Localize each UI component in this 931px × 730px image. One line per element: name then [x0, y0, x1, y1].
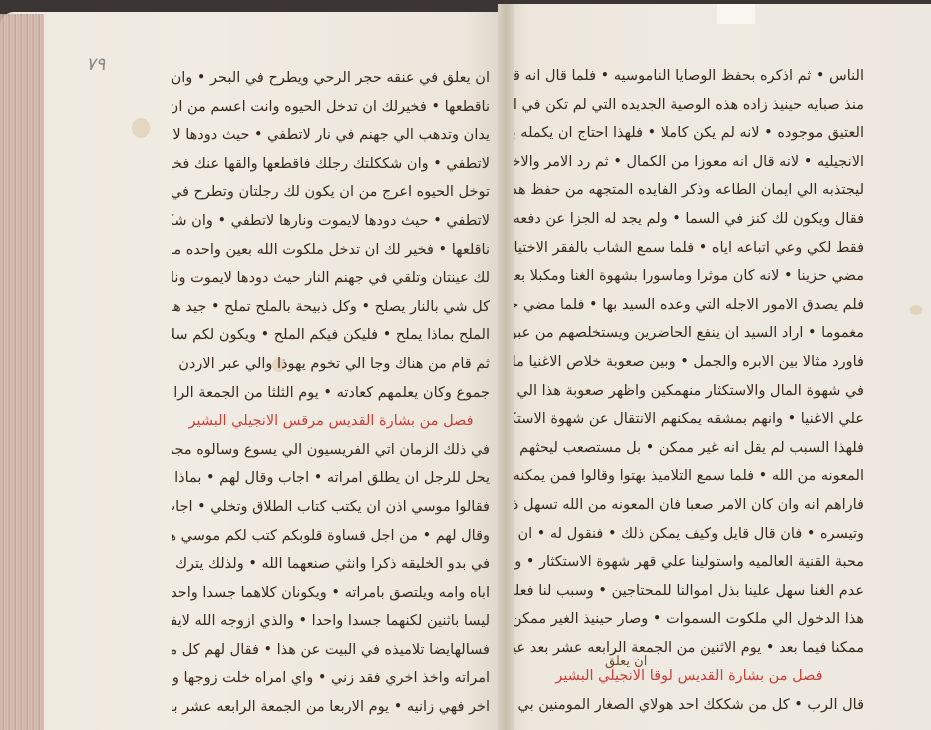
page-edges [0, 14, 44, 730]
right-page-text: الناس • ثم اذكره بحفظ الوصايا الناموسيه … [514, 62, 864, 720]
text-line: منذ صبايه حينيذ زاده هذه الوصية الجديده … [514, 91, 864, 120]
text-line: يحل للرجل ان يطلق امراته • اجاب وقال لهم… [172, 464, 490, 493]
text-line: في ذلك الزمان اتي الفريسيون الي يسوع وسا… [172, 436, 490, 465]
folio-number: ٧٩ [86, 54, 105, 75]
text-line: فقط لكي وعي اتباعه اياه • فلما سمع الشاب… [514, 234, 864, 263]
tape-strip [717, 4, 755, 24]
text-line: قال الرب • كل من شككك احد هولاي الصغار ا… [514, 691, 864, 720]
text-line: ناقلعها • فخير لك ان تدخل ملكوت الله بعي… [172, 236, 490, 265]
text-line: عدم الغنا سهل علينا بذل اموالنا للمحتاجي… [514, 577, 864, 606]
text-line: اباه وامه ويلتصق بامراته • ويكونان كلاهم… [172, 579, 490, 608]
text-line: العتيق موجوده • لانه لم يكن كاملا • فلهذ… [514, 119, 864, 148]
text-line: وقال لهم • من اجل قساوة قلوبكم كتب لكم م… [172, 522, 490, 551]
paper-stain [132, 118, 150, 138]
text-line: جموع وكان يعلمهم كعادته • يوم الثلثا من … [172, 379, 490, 408]
text-line: كل شي بالنار يصلح • وكل ذبيحة بالملح تمل… [172, 293, 490, 322]
book-gutter [498, 4, 514, 730]
rubric-heading: فصل من بشارة القديس مرقس الانجيلي البشير [172, 407, 490, 436]
text-line: ليسا باثنين لكنهما جسدا واحدا • والذي از… [172, 607, 490, 636]
text-line: فقال ويكون لك كنز في السما • ولم يجد له … [514, 205, 864, 234]
text-line: ممكنا فيما بعد • يوم الاثنين من الجمعة ا… [514, 634, 864, 663]
text-line: لاتطفي • حيث دودها لايموت ونارها لاتطفي … [172, 207, 490, 236]
text-line: يدان وتدهب الي جهنم في نار لاتطفي • حيث … [172, 121, 490, 150]
text-line: في بدو الخليقه ذكرا وانثي صنعهما الله • … [172, 550, 490, 579]
text-line: الانجيليه • لانه قال انه معوزا من الكمال… [514, 148, 864, 177]
manuscript-spread: ٧٩ ان يعلق في عنقه حجر الرحي ويطرح في ال… [0, 0, 931, 730]
text-line: علي الاغنيا • وانهم بمشقه يمكنهم الانتقا… [514, 405, 864, 434]
text-line: الملح بماذا يملح • فليكن فيكم الملح • وي… [172, 321, 490, 350]
text-line: ناقطعها • فخيرلك ان تدخل الحيوه وانت اعس… [172, 93, 490, 122]
text-line: لاتطفي • وان شككلتك رجلك فاقطعها والقها … [172, 150, 490, 179]
text-line: اخر فهي زانيه • يوم الاربعا من الجمعة ال… [172, 693, 490, 722]
text-line: فلهذا السبب لم يقل انه غير ممكن • بل مست… [514, 434, 864, 463]
text-line: امراته واخذ اخري فقد زني • واي امراه خلت… [172, 664, 490, 693]
paper-stain [910, 305, 922, 315]
text-line: مغموما • اراد السيد ان ينفع الحاضرين ويس… [514, 319, 864, 348]
text-line: ان يعلق في عنقه حجر الرحي ويطرح في البحر… [172, 64, 490, 93]
text-line: في شهوة المال والاستكثار منهمكين واظهر ص… [514, 377, 864, 406]
text-line: المعونه من الله • فلما سمع التلاميذ بهتو… [514, 462, 864, 491]
text-line: ثم قام من هناك وجا الي تخوم يهوذا والي ع… [172, 350, 490, 379]
left-page-text: ان يعلق في عنقه حجر الرحي ويطرح في البحر… [172, 64, 490, 722]
text-line: ليجتذبه الي ايمان الطاعه وذكر الفايده ال… [514, 176, 864, 205]
text-line: لك عينتان وتلقي في جهنم النار حيث دودها … [172, 264, 490, 293]
rubric-heading: فصل من بشارة القديس لوقا الانجيلي البشير [514, 662, 864, 691]
text-line: فلم يصدق الامور الاجله التي وعده السيد ب… [514, 291, 864, 320]
text-line: فاراهم انه وان كان الامر صعبا فان المعون… [514, 491, 864, 520]
text-line: فسالهايضا تلاميذه في البيت عن هذا • فقال… [172, 636, 490, 665]
text-line: مضي حزينا • لانه كان موثرا وماسورا بشهوة… [514, 262, 864, 291]
text-line: هذا الدخول الي ملكوت السموات • وصار حيني… [514, 605, 864, 634]
text-line: محبة القنية العالميه واستولينا علي قهر ش… [514, 548, 864, 577]
text-line: توخل الحيوه اعرج من ان يكون لك رجلتان وت… [172, 178, 490, 207]
catchword: ان يعلق [605, 654, 647, 669]
text-line: فاورد مثالا بين الابره والجمل • وبين صعو… [514, 348, 864, 377]
text-line: الناس • ثم اذكره بحفظ الوصايا الناموسيه … [514, 62, 864, 91]
text-line: وتيسره • فان قال قايل وكيف يمكن ذلك • فن… [514, 520, 864, 549]
text-line: فقالوا موسي اذن ان يكتب كتاب الطلاق وتخل… [172, 493, 490, 522]
